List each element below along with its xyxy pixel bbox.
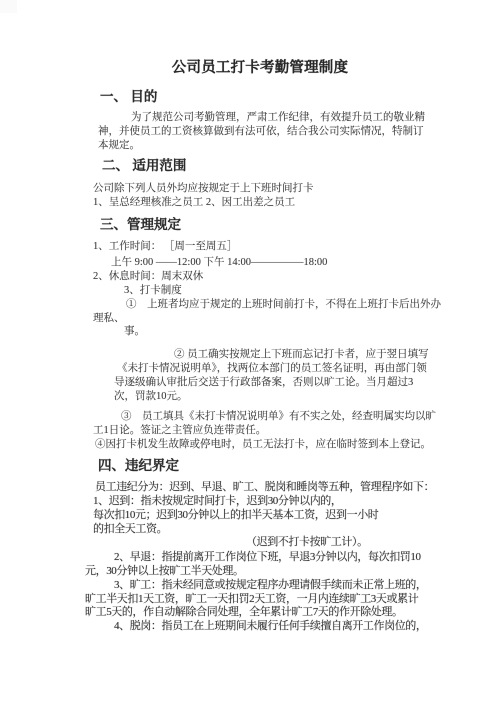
section-heading-rules: 三、管理规定: [100, 218, 181, 232]
text-line: ② 员工确实按规定上下班而忘记打卡者，应于翌日填写: [174, 350, 429, 361]
section-heading-purpose: 一、 目的: [100, 90, 157, 104]
text-line: 的扣全天工资。: [93, 524, 167, 535]
text-line: 《未打卡情况说明单》，找两位本部门的员工签名证明，再由部门领: [117, 364, 427, 375]
text-line: 1、迟到：指未按规定时间打卡，迟到30分钟以内的，: [93, 496, 342, 507]
section-heading-scope: 二、 适用范围: [102, 159, 186, 173]
text-line: 3、打卡制度: [124, 286, 182, 297]
text-line: 3、旷工：指未经同意或按规定程序办理请假手续而未正常上班的，: [114, 580, 427, 591]
text-line: 旷工半天扣1天工资，旷工一天扣罚2天工资，一月内连续旷工3天或累计: [85, 594, 418, 605]
scan-corner-artifact: [0, 0, 17, 13]
text-line: 2、早退：指提前离开工作岗位下班，早退3分钟以内，每次扣罚10: [114, 552, 421, 563]
text-line: 神，并使员工的工资核算做到有法可依，结合我公司实际情况，特制订: [98, 127, 424, 138]
text-line: 本规定。: [98, 141, 140, 152]
text-line: 导逐级确认审批后交送于行政部备案，否则以旷工论。当月超过3: [114, 378, 413, 389]
text-line: 4、脱岗：指员工在上班期间未履行任何手续擅自离开工作岗位的，: [114, 621, 427, 632]
text-line: 公司除下列人员外均应按规定于上下班时间打卡: [93, 184, 314, 195]
text-line: 员工违纪分为：迟到、早退、旷工、脱岗和睡岗等五种，管理程序如下：: [95, 482, 434, 493]
text-line: 工1日论。签证之主管应负连带责任。: [93, 426, 266, 437]
text-line: 1、呈总经理核准之员工 2、因工出差之员工: [93, 198, 295, 209]
text-line: 每次扣10元；迟到30分钟以上的扣半天基本工资，迟到一小时: [93, 510, 378, 521]
text-line: ④因打卡机发生故障或停电时，员工无法打卡，应在临时签到本上登记。: [95, 440, 431, 451]
text-line: 2、休息时间：周末双休: [93, 272, 203, 283]
text-line: 次，罚款10元。: [114, 392, 188, 403]
text-line: 旷工5天的，作自动解除合同处理，全年累计旷工7天的作开除处理。: [85, 607, 403, 618]
text-line: 元，30分钟以上按旷工半天处理。: [85, 566, 244, 577]
text-line: 上午 9:00 ——12:00 下午 14:00—————18:00: [111, 258, 327, 269]
text-line: 事。: [124, 327, 145, 338]
text-line: ③ 员工填具《未打卡情况说明单》有不实之处，经查明属实均以旷: [121, 412, 436, 423]
doc-title: 公司员工打卡考勤管理制度: [20, 56, 500, 77]
text-line: 理私、: [93, 314, 125, 325]
text-line: （迟到不打卡按旷工计）。: [246, 537, 368, 548]
scanned-document-page: 公司员工打卡考勤管理制度 一、 目的 为了规范公司考勤管理，严肃工作纪律，有效提…: [0, 0, 500, 707]
text-line: ① 上班者均应于规定的上班时间前打卡，不得在上班打卡后出外办: [126, 300, 441, 311]
section-heading-violations: 四、违纪界定: [98, 459, 179, 473]
text-line: 为了规范公司考勤管理，严肃工作纪律，有效提升员工的敬业精: [131, 113, 425, 124]
text-line: 1、工作时间： ［周一至周五］: [93, 242, 237, 253]
